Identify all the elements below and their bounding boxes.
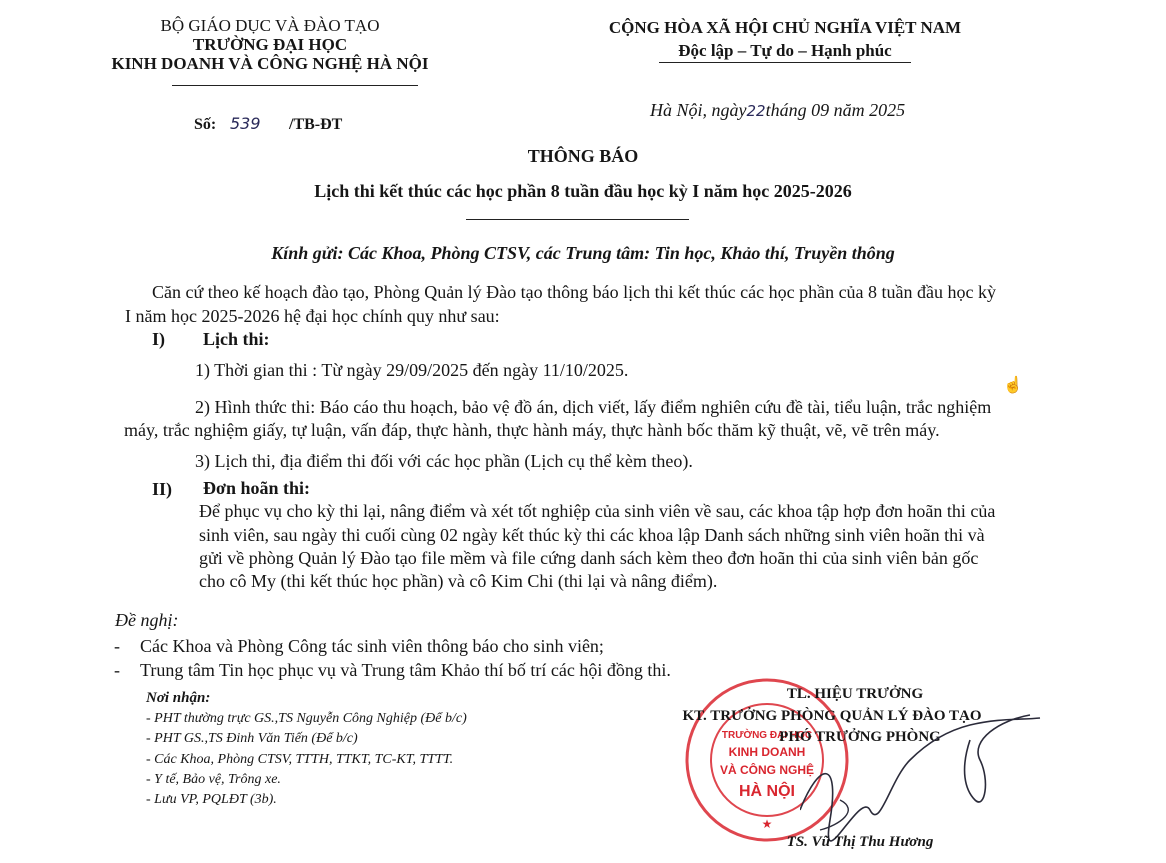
section1-item1: 1) Thời gian thi : Từ ngày 29/09/2025 đế… <box>195 359 628 382</box>
stamp-line: VÀ CÔNG NGHỆ <box>720 762 814 777</box>
date-suffix: tháng 09 năm 2025 <box>766 100 906 120</box>
section1-item3: 3) Lịch thi, địa điểm thi đối với các họ… <box>195 450 693 473</box>
doc-number-value: 539 <box>230 114 261 133</box>
ministry-name: BỘ GIÁO DỤC VÀ ĐÀO TẠO <box>120 16 420 36</box>
section2-line3: gửi về phòng Quản lý Đào tạo file mềm và… <box>199 547 978 570</box>
proposal-label: Đề nghị: <box>115 610 178 631</box>
recipient-item: - PHT GS.,TS Đinh Văn Tiến (Để b/c) <box>146 731 358 747</box>
section1-number: I) <box>152 329 165 350</box>
recipient-item: - Các Khoa, Phòng CTSV, TTTH, TTKT, TC-K… <box>146 752 453 768</box>
signature-title-1: TL. HIỆU TRƯỞNG <box>735 686 975 703</box>
section1-title: Lịch thi: <box>203 329 270 350</box>
proposal-item: Trung tâm Tin học phục vụ và Trung tâm K… <box>140 660 671 681</box>
signer-name: TS. Vũ Thị Thu Hương <box>760 834 960 851</box>
nation-name: CỘNG HÒA XÃ HỘI CHỦ NGHĨA VIỆT NAM <box>590 18 980 38</box>
bullet-dash: - <box>114 660 120 681</box>
recipient-line: Kính gửi: Các Khoa, Phòng CTSV, các Trun… <box>0 243 1166 264</box>
intro-line-2: I năm học 2025-2026 hệ đại học chính quy… <box>125 305 500 328</box>
signature-title-3: PHÓ TRƯỞNG PHÒNG <box>740 729 980 746</box>
intro-line-1: Căn cứ theo kế hoạch đào tạo, Phòng Quản… <box>152 281 996 304</box>
signature-title-2: KT. TRƯỞNG PHÒNG QUẢN LÝ ĐÀO TẠO <box>662 708 1002 725</box>
motto-underline <box>659 62 911 63</box>
school-name-line2: KINH DOANH VÀ CÔNG NGHỆ HÀ NỘI <box>90 54 450 74</box>
date-day: 22 <box>747 102 766 120</box>
document-subtitle: Lịch thi kết thúc các học phần 8 tuần đầ… <box>0 181 1166 202</box>
issue-date: Hà Nội, ngày22tháng 09 năm 2025 <box>650 100 905 121</box>
svg-text:★: ★ <box>762 817 773 831</box>
date-prefix: Hà Nội, ngày <box>650 100 747 120</box>
hand-cursor-icon: ☝ <box>1003 375 1023 395</box>
stamp-line: HÀ NỘI <box>739 781 795 800</box>
title-rule <box>466 219 689 220</box>
section1-item2-line1: 2) Hình thức thi: Báo cáo thu hoạch, bảo… <box>195 396 991 419</box>
section2-line4: cho cô My (thi kết thúc học phần) và cô … <box>199 570 717 593</box>
recipient-item: - PHT thường trực GS.,TS Nguyễn Công Ngh… <box>146 711 467 727</box>
bullet-dash: - <box>114 636 120 657</box>
recipients-label: Nơi nhận: <box>146 690 210 707</box>
doc-number-suffix: /TB-ĐT <box>289 116 342 134</box>
proposal-item: Các Khoa và Phòng Công tác sinh viên thô… <box>140 636 604 657</box>
national-motto: Độc lập – Tự do – Hạnh phúc <box>590 41 980 61</box>
stamp-line: KINH DOANH <box>729 745 806 759</box>
recipient-item: - Lưu VP, PQLĐT (3b). <box>146 792 277 808</box>
recipient-item: - Y tế, Bảo vệ, Trông xe. <box>146 772 281 788</box>
section2-line1: Để phục vụ cho kỳ thi lại, nâng điểm và … <box>199 500 995 523</box>
section2-title: Đơn hoãn thi: <box>203 478 310 499</box>
doc-number-label: Số: <box>194 116 216 134</box>
section1-item2-line2: máy, trắc nghiệm giấy, tự luận, vấn đáp,… <box>124 419 940 442</box>
left-header-rule <box>172 85 418 86</box>
section2-line2: sinh viên, sau ngày thi cuối cùng 02 ngà… <box>199 524 985 547</box>
document-title: THÔNG BÁO <box>0 146 1166 167</box>
section2-number: II) <box>152 479 172 500</box>
school-name-line1: TRƯỜNG ĐẠI HỌC <box>120 35 420 55</box>
